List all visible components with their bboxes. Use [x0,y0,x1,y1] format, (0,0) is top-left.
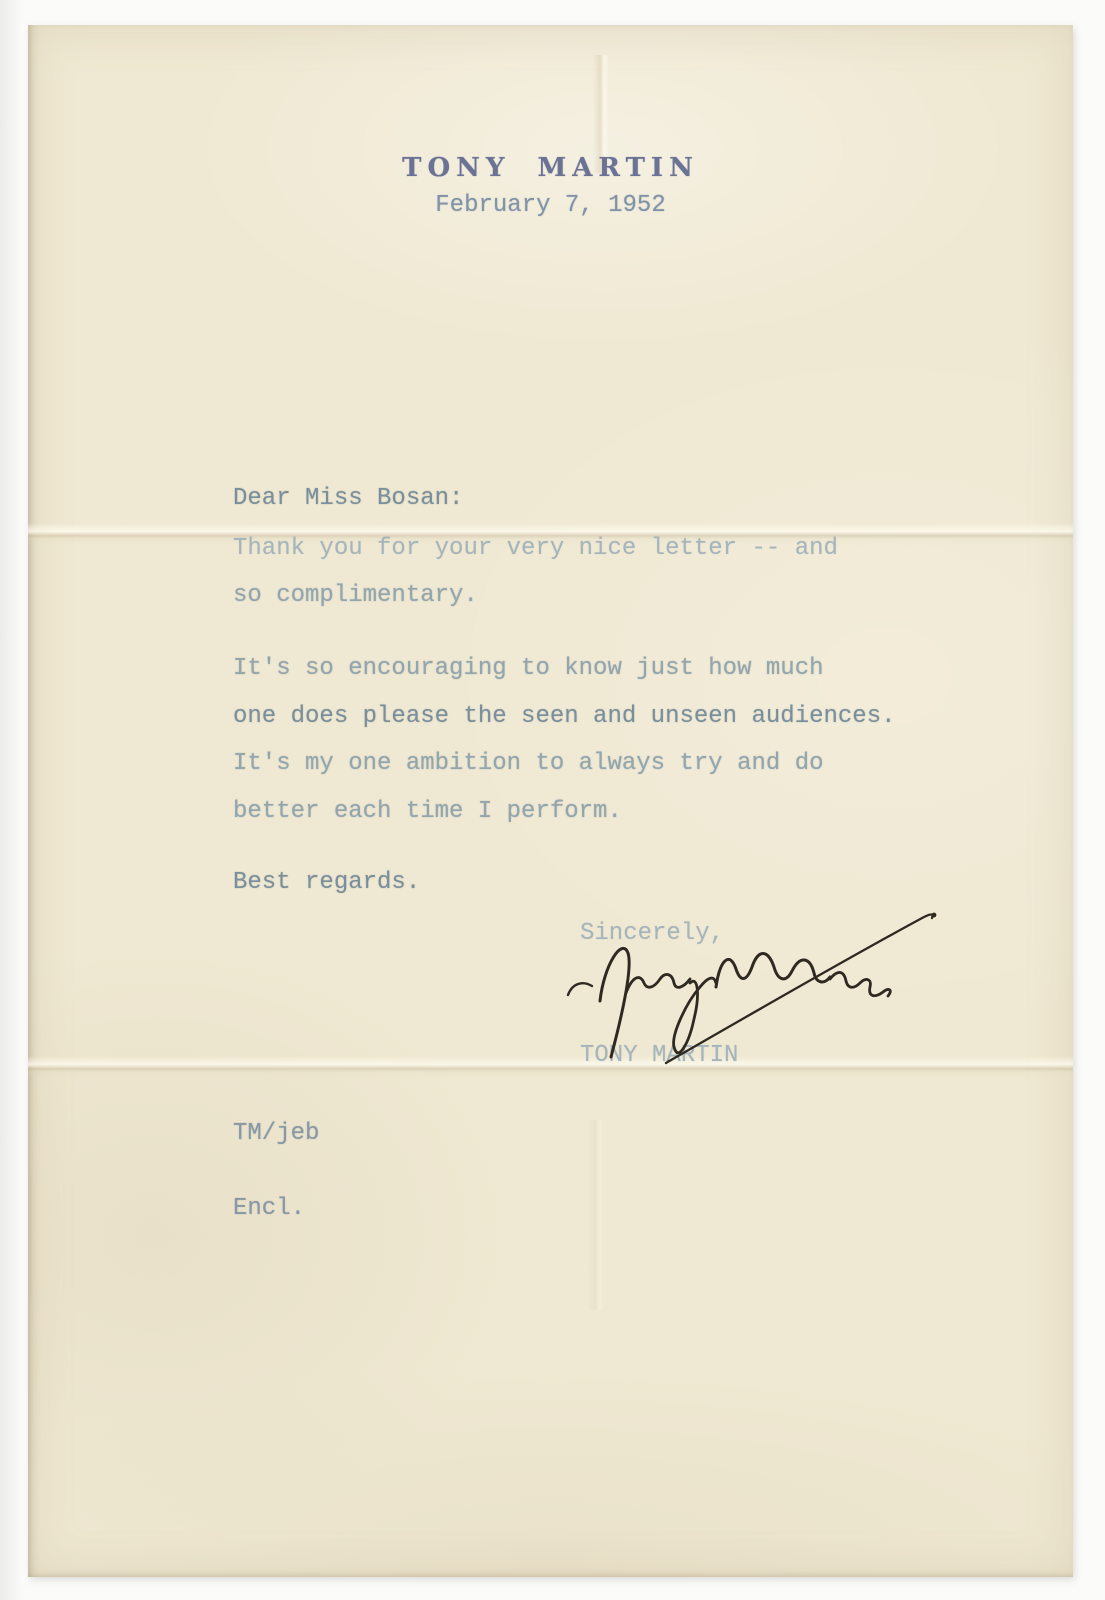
enclosure-notation: Encl. [233,1197,319,1220]
typed-line: It's so encouraging to know just how muc… [233,656,824,682]
reference-block: TM/jeb Encl. [233,1070,319,1272]
typed-line: Best regards. [233,870,420,896]
typed-line: Thank you for your very nice letter -- a… [233,536,838,562]
fold-crease-vertical-lower [588,1120,604,1310]
typed-line: better each time I perform. [233,799,622,825]
letterhead-name: TONY MARTIN [28,153,1073,183]
typed-line: It's my one ambition to always try and d… [233,751,824,777]
typed-line: so complimentary. [233,583,478,609]
typed-signature-name: TONY MARTIN [580,1043,738,1069]
date-line: February 7, 1952 [28,193,1073,219]
reference-initials: TM/jeb [233,1122,319,1145]
complimentary-closing: Sincerely, [580,921,724,947]
letter-page: TONY MARTIN February 7, 1952 Dear Miss B… [28,25,1073,1577]
typed-line: one does please the seen and unseen audi… [233,704,896,730]
fold-crease-lower [28,1056,1073,1078]
salutation: Dear Miss Bosan: [233,486,463,512]
